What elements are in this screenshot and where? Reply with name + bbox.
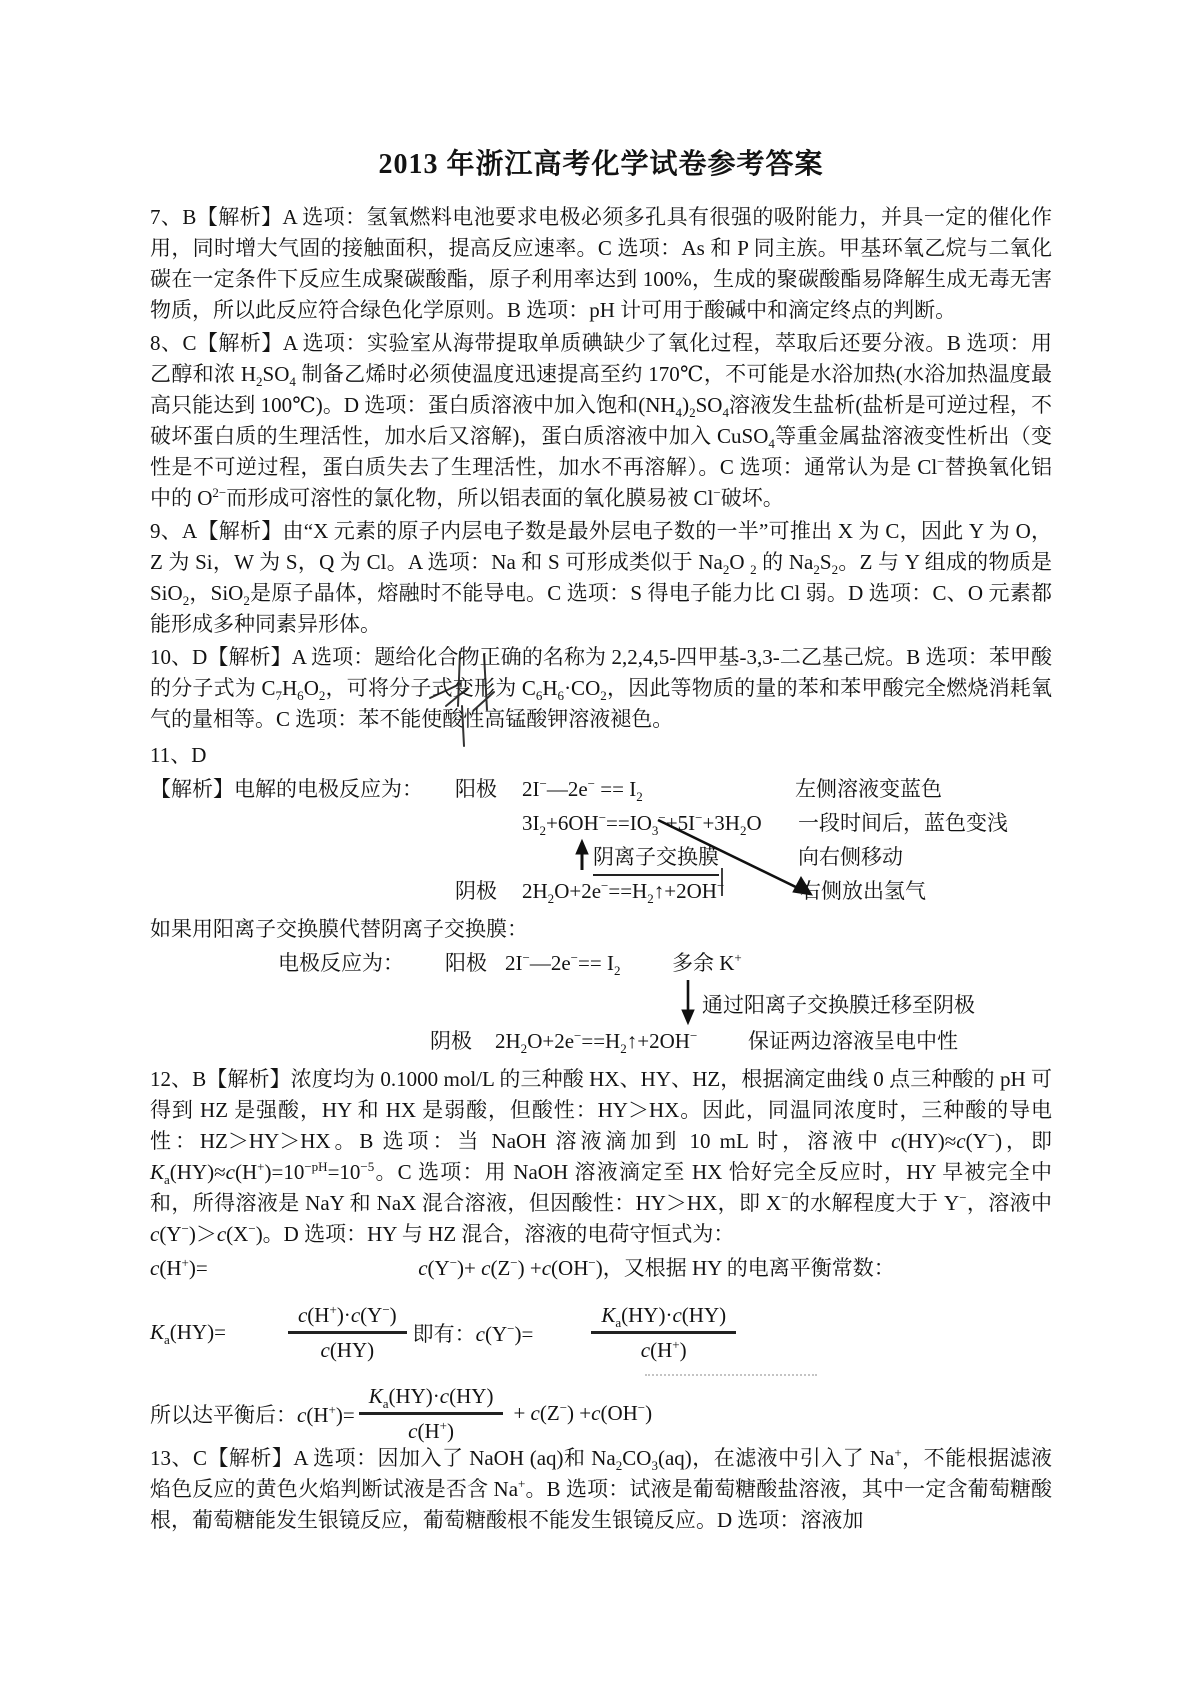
- charge-balance-rhs: c(Y−)+ c(Z−) +c(OH−)，又根据 HY 的电离平衡常数：: [418, 1256, 895, 1280]
- alt-membrane-intro: 如果用阳离子交换膜代替阴离子交换膜：: [150, 914, 528, 945]
- equilibrium-fraction: Ka(HY)·c(HY) c(H+): [359, 1382, 504, 1445]
- iodate-note: 一段时间后，蓝色变浅: [798, 808, 1008, 839]
- up-arrow-head-icon: [576, 840, 588, 854]
- answer-11-head: 11、D: [150, 739, 1052, 772]
- alt-cathode-equation: 2H2O+2e−==H2↑+2OH−: [495, 1026, 697, 1057]
- answer-10-wrapper: 10、D【解析】A 选项：题给化合物正确的名称为 2,2,4,5-四甲基-3,3…: [150, 642, 1052, 735]
- charge-balance-row: c(H+)= c(Y−)+ c(Z−) +c(OH−)，又根据 HY 的电离平衡…: [150, 1252, 1052, 1285]
- k-migration-note: 通过阳离子交换膜迁移至阴极: [702, 990, 975, 1021]
- alt-cathode-label: 阴极: [430, 1026, 472, 1057]
- charge-balance-lhs: c(H+)=: [150, 1256, 208, 1280]
- answer-9: 9、A【解析】由“X 元素的原子内层电子数是最外层电子数的一半”可推出 X 为 …: [150, 516, 1052, 640]
- ka-fraction-denominator: c(HY): [288, 1331, 407, 1364]
- ka-mid-text: 即有：c(Y−)=: [413, 1318, 534, 1348]
- electrolysis-intro: 【解析】电解的电极反应为：: [150, 774, 423, 805]
- anode-equation: 2I−—2e− == I2: [522, 774, 643, 805]
- alt-cathode-note: 保证两边溶液呈电中性: [748, 1026, 958, 1057]
- membrane-note: 向右侧移动: [798, 842, 903, 873]
- answer-13: 13、C【解析】A 选项：因加入了 NaOH (aq)和 Na2CO3(aq)，…: [150, 1443, 1052, 1536]
- dotted-separator: [645, 1374, 817, 1376]
- anode-note: 左侧溶液变蓝色: [795, 774, 942, 805]
- answer-8: 8、C【解析】A 选项：实验室从海带提取单质碘缺少了氧化过程，萃取后还要分液。B…: [150, 328, 1052, 514]
- ka2-fraction: Ka(HY)·c(HY) c(H+): [591, 1301, 736, 1364]
- cathode-label: 阴极: [455, 876, 497, 907]
- equilibrium-fraction-numerator: Ka(HY)·c(HY): [359, 1382, 504, 1412]
- equilibrium-equation-row: 所以达平衡后：c(H+)= Ka(HY)·c(HY) c(H+) + c(Z−)…: [150, 1382, 1052, 1445]
- cathode-equation: 2H2O+2e−==H2↑+2OH−: [522, 876, 724, 907]
- equilibrium-suffix: + c(Z−) +c(OH−): [513, 1401, 652, 1426]
- equilibrium-fraction-denominator: c(H+): [359, 1412, 504, 1445]
- answer-10: 10、D【解析】A 选项：题给化合物正确的名称为 2,2,4,5-四甲基-3,3…: [150, 642, 1052, 735]
- ka2-fraction-denominator: c(H+): [591, 1331, 736, 1364]
- page-title: 2013 年浙江高考化学试卷参考答案: [150, 142, 1052, 182]
- ka-fraction-numerator: c(H+)·c(Y−): [288, 1301, 407, 1331]
- ka-equation-row: Ka(HY)= c(H+)·c(Y−) c(HY) 即有：c(Y−)= Ka(H…: [150, 1301, 1052, 1364]
- page-content: 2013 年浙江高考化学试卷参考答案 7、B【解析】A 选项：氢氧燃料电池要求电…: [150, 142, 1052, 1538]
- equilibrium-prefix: 所以达平衡后：c(H+)=: [150, 1399, 355, 1429]
- alt-anode-label: 阳极: [445, 948, 487, 979]
- down-arrow-head-icon: [682, 1010, 694, 1024]
- cathode-note: 右侧放出氢气: [800, 876, 926, 907]
- answer-12: 12、B【解析】浓度均为 0.1000 mol/L 的三种酸 HX、HY、HZ，…: [150, 1064, 1052, 1250]
- anode-label: 阳极: [455, 774, 497, 805]
- alt-eq-prefix: 电极反应为：: [278, 948, 404, 979]
- ka-fraction: c(H+)·c(Y−) c(HY): [288, 1301, 407, 1364]
- anion-membrane-label: 阴离子交换膜: [593, 842, 719, 876]
- ka-lhs: Ka(HY)=: [150, 1320, 226, 1345]
- scanned-answer-sheet-page: 2013 年浙江高考化学试卷参考答案 7、B【解析】A 选项：氢氧燃料电池要求电…: [0, 0, 1200, 1698]
- iodate-equation: 3I2+6OH−==IO3−+5I−+3H2O: [522, 808, 762, 839]
- alt-anode-equation: 2I−—2e−== I2: [505, 948, 620, 979]
- electrolysis-diagram: 【解析】电解的电极反应为： 阳极 2I−—2e− == I2 左侧溶液变蓝色 3…: [150, 774, 1052, 1060]
- ka2-fraction-numerator: Ka(HY)·c(HY): [591, 1301, 736, 1331]
- answer-7: 7、B【解析】A 选项：氢氧燃料电池要求电极必须多孔具有很强的吸附能力，并具一定…: [150, 202, 1052, 326]
- excess-k-note: 多余 K+: [672, 948, 742, 979]
